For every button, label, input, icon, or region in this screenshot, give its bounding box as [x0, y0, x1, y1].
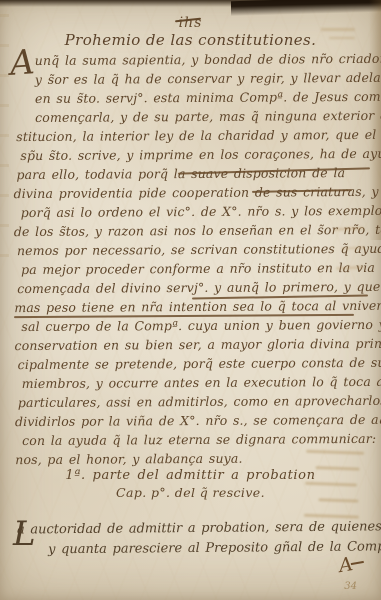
part-heading: 1ª. parte del admittir a probation: [0, 468, 381, 483]
manuscript-page: ihs Prohemio de las constitutiones. A un…: [0, 0, 381, 600]
manuscript-line: y quanta paresciere al Preposito gñal de…: [14, 537, 374, 560]
chapter-heading: Cap. p°. del q̃ rescive.: [0, 485, 381, 500]
manuscript-line: unq̃ la suma sapientia, y bondad de dios…: [13, 49, 369, 70]
section-headings: 1ª. parte del admittir a probation Cap. …: [0, 468, 381, 500]
closing-paragraph: a auctoridad de admittir a probation, se…: [14, 517, 374, 560]
manuscript-line: conservation en su bien ser, a mayor glo…: [14, 334, 370, 355]
manuscript-photo: ihs Prohemio de las constitutiones. A un…: [0, 0, 381, 600]
folio-flourish: [351, 561, 364, 565]
manuscript-line: divina providentia pide cooperation de s…: [14, 182, 370, 203]
manuscript-line: y s̃or es la q̃ ha de conservar y regir,…: [13, 68, 369, 89]
manuscript-line: en su s̃to. servj°. esta minima Compª. d…: [13, 87, 369, 108]
manuscript-line: stitucion, la interior ley de la charida…: [13, 125, 369, 146]
ihs-monogram: ihs: [179, 15, 203, 31]
page-title: Prohemio de las constitutiones.: [0, 31, 381, 49]
manuscript-line: dividirlos por la viña de X°. nr̃o s., s…: [15, 410, 371, 431]
manuscript-line: porq̃ asi lo ordeno el vic°. de X°. nr̃o…: [14, 201, 370, 222]
manuscript-line: de los s̃tos, y razon asi nos lo enseñan…: [14, 220, 370, 241]
manuscript-line: particulares, assi en admitirlos, como e…: [15, 391, 371, 412]
manuscript-line: nos, pa el honor, y alabança suya.: [15, 448, 371, 469]
manuscript-line: sp̃u s̃to. scrive, y imprime en los cora…: [13, 144, 369, 165]
manuscript-line: començarla, y de su parte, mas q̃ ningun…: [13, 106, 369, 127]
manuscript-line: miembros, y occurre antes en la executio…: [15, 372, 371, 393]
manuscript-line: sal cuerpo de la Compª. cuya union y bue…: [14, 315, 370, 336]
manuscript-line: nemos por necessario, se scrivan constit…: [14, 239, 370, 260]
page-header: ihs Prohemio de las constitutiones.: [0, 12, 381, 49]
manuscript-line: cipalmente se pretende, porq̃ este cuerp…: [15, 353, 371, 374]
bleed-through-marks: [0, 0, 9, 260]
manuscript-line: pa mejor proceder conforme a nr̃o instit…: [14, 258, 370, 279]
manuscript-line: con la ayuda q̃ la luz eterna se dignara…: [15, 429, 371, 450]
manuscript-body: unq̃ la suma sapientia, y bondad de dios…: [13, 49, 372, 469]
folio-number: 34: [344, 581, 357, 592]
